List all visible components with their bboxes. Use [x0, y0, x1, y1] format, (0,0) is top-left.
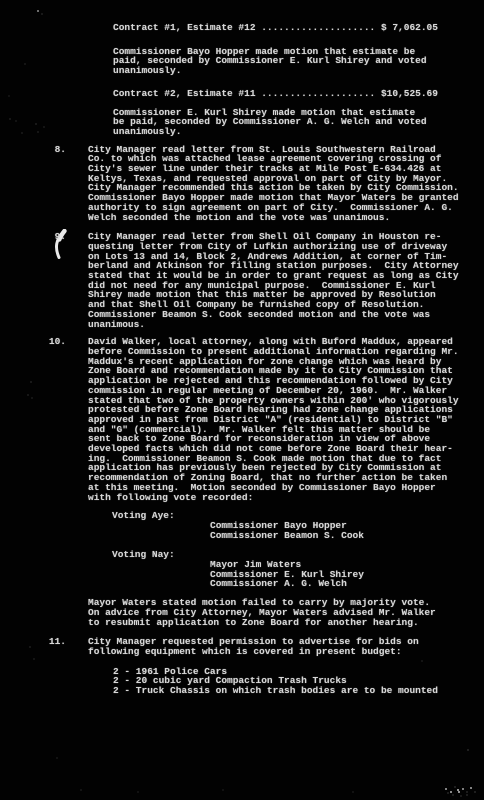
scan-artifact-bottom-right — [0, 0, 2, 2]
mayor-ruling-paragraph: Mayor Waters stated motion failed to car… — [88, 598, 476, 627]
agenda-item-9-number: 9. — [38, 232, 66, 242]
agenda-item-10: 10. David Walker, local attorney, along … — [38, 337, 476, 502]
agenda-item-9: 9. City Manager read letter from Shell O… — [38, 232, 476, 329]
agenda-item-8-text: City Manager read letter from St. Louis … — [88, 145, 459, 223]
agenda-item-10-number: 10. — [38, 337, 66, 347]
contract-2-amount-line: Contract #2, Estimate #11 ..............… — [113, 89, 476, 99]
agenda-item-8: 8. City Manager read letter from St. Lou… — [38, 145, 476, 223]
typewritten-content: Contract #1, Estimate #12 ..............… — [38, 23, 476, 706]
agenda-item-11: 11. City Manager requested permission to… — [38, 637, 476, 656]
agenda-item-8-number: 8. — [38, 145, 66, 155]
contract-2-motion-paragraph: Commissioner E. Kurl Shirey made motion … — [113, 108, 476, 137]
agenda-item-11-text: City Manager requested permission to adv… — [88, 637, 419, 656]
contract-1-motion-paragraph: Commissioner Bayo Hopper made motion tha… — [113, 47, 476, 76]
agenda-item-11-number: 11. — [38, 637, 66, 647]
agenda-item-9-text: City Manager read letter from Shell Oil … — [88, 232, 459, 329]
contract-1-amount-line: Contract #1, Estimate #12 ..............… — [113, 23, 476, 33]
agenda-item-10-text: David Walker, local attorney, along with… — [88, 337, 459, 502]
voting-aye-names: Commissioner Bayo Hopper Commissioner Be… — [210, 521, 476, 540]
equipment-bid-list: 2 - 1961 Police Cars 2 - 20 cubic yard C… — [113, 667, 476, 696]
voting-nay-names: Mayor Jim Waters Commissioner E. Kurl Sh… — [210, 560, 476, 589]
scanned-minutes-page: Contract #1, Estimate #12 ..............… — [0, 0, 484, 800]
voting-nay-section: Voting Nay: Mayor Jim Waters Commissione… — [112, 550, 476, 589]
voting-aye-section: Voting Aye: Commissioner Bayo Hopper Com… — [112, 511, 476, 540]
